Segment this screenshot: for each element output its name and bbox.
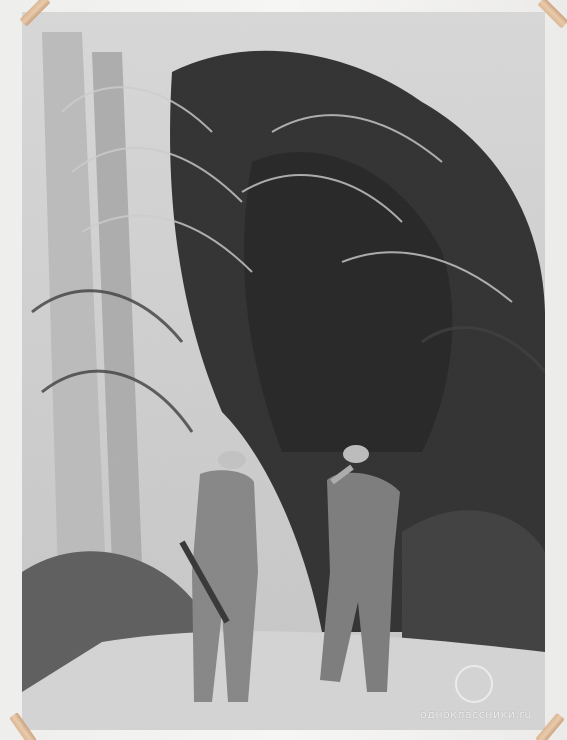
odnoklassniki-logo-icon [455, 665, 493, 703]
watermark-text: одноклассники.ru [420, 708, 532, 721]
photograph [22, 12, 545, 730]
jungle-scene [22, 12, 545, 730]
